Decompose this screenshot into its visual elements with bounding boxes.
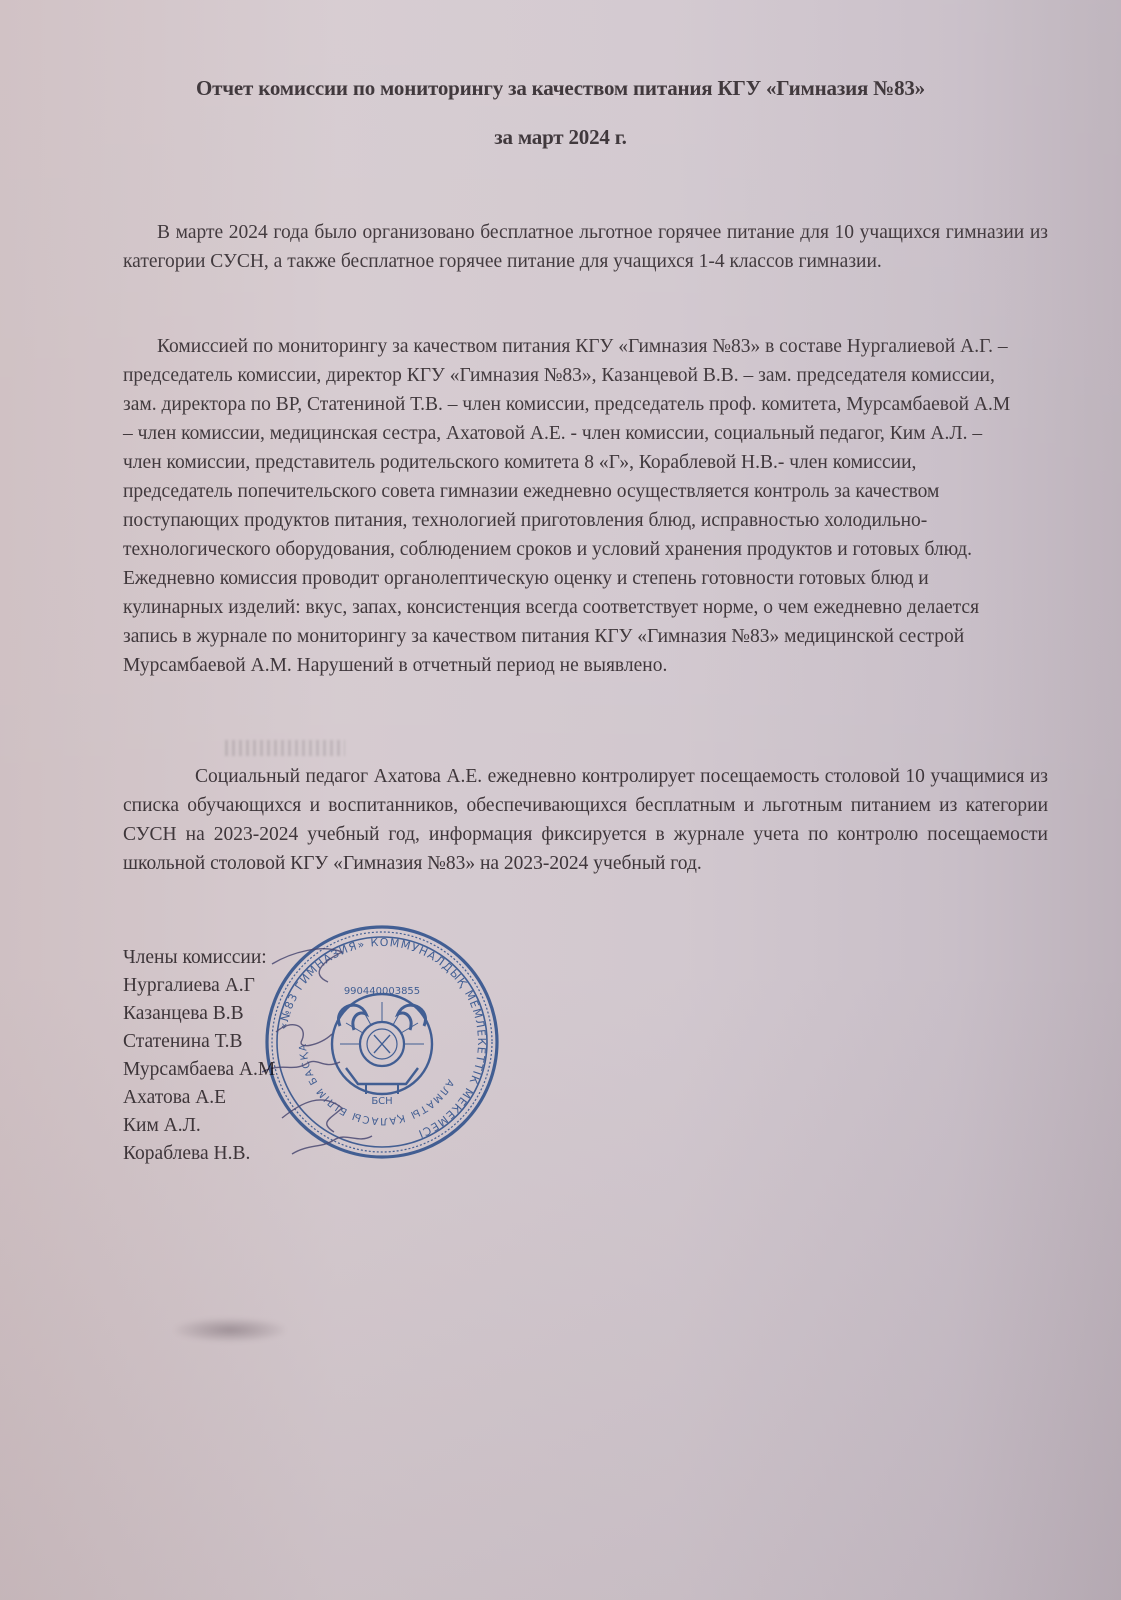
faint-bleed-through-smudge [175, 1318, 285, 1342]
paragraph-commission-composition: Комиссией по мониторингу за качеством пи… [123, 332, 1023, 680]
document-page: Отчет комиссии по мониторингу за качеств… [0, 0, 1121, 1600]
paragraph-attendance-control: Социальный педагог Ахатова А.Е. ежедневн… [123, 762, 1048, 878]
official-seal-stamp-icon: «№83 ГИМНАЗИЯ» КОММУНАЛДЫҚ МЕМЛЕКЕТТІК М… [262, 922, 502, 1162]
member-name: Казанцева В.В [123, 1000, 275, 1028]
member-name: Ким А.Л. [123, 1112, 275, 1140]
document-title: Отчет комиссии по мониторингу за качеств… [0, 76, 1121, 101]
member-name: Статенина Т.В [123, 1028, 275, 1056]
member-name: Ахатова А.Е [123, 1084, 275, 1112]
stamp-outer-text: «№83 ГИМНАЗИЯ» КОММУНАЛДЫҚ МЕМЛЕКЕТТІК М… [277, 936, 488, 1141]
document-subtitle-period: за март 2024 г. [0, 125, 1121, 150]
paragraph-meals-organized: В марте 2024 года было организовано бесп… [123, 218, 1048, 276]
faint-bleed-through-mark [225, 740, 345, 756]
member-name: Кораблева Н.В. [123, 1140, 275, 1168]
stamp-bin-number: 990440003855 [344, 986, 420, 997]
svg-text:«№83 ГИМНАЗИЯ» КОММУНАЛДЫҚ МЕМ: «№83 ГИМНАЗИЯ» КОММУНАЛДЫҚ МЕМЛЕКЕТТІК М… [277, 936, 488, 1141]
commission-members-list: Члены комиссии: Нургалиева А.Г Казанцева… [123, 944, 275, 1168]
member-name: Мурсамбаева А.М [123, 1056, 275, 1084]
stamp-bin-label: БСН [371, 1096, 392, 1107]
members-heading: Члены комиссии: [123, 944, 275, 972]
member-name: Нургалиева А.Г [123, 972, 275, 1000]
